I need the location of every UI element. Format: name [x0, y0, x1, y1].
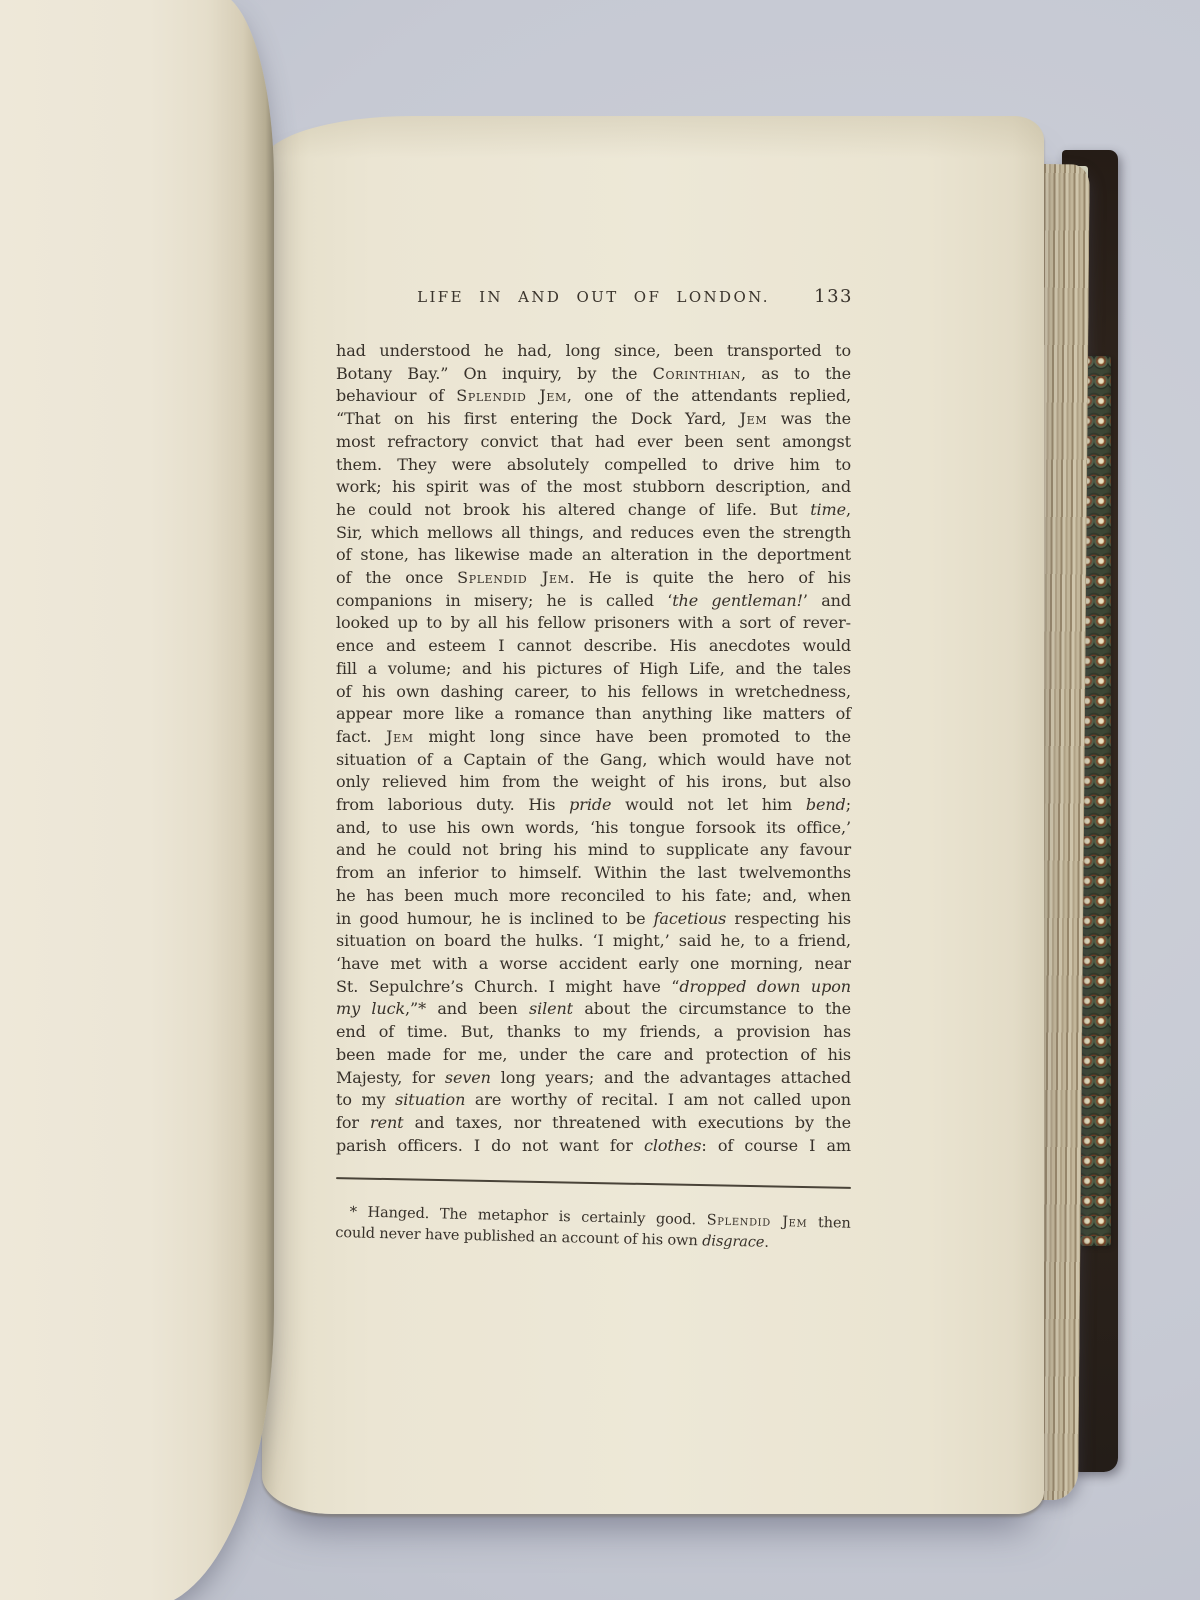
text-line: Sir, which mellows all things, and reduc…	[336, 522, 851, 545]
text-line: Botany Bay.” On inquiry, by the Corinthi…	[336, 363, 851, 386]
text-line: and, to use his own words, ‘his tongue f…	[336, 817, 851, 840]
book-photo: LIFE IN AND OUT OF LONDON. 133 had under…	[0, 0, 1200, 1600]
text-line: fill a volume; and his pictures of High …	[336, 658, 851, 681]
page-header-row: LIFE IN AND OUT OF LONDON. 133	[336, 288, 851, 316]
text-line: he has been much more reconciled to his …	[336, 885, 851, 908]
text-line: parish officers. I do not want for cloth…	[336, 1135, 851, 1158]
text-line: of his own dashing career, to his fellow…	[336, 681, 851, 704]
text-line: from laborious duty. His pride would not…	[336, 794, 851, 817]
text-line: situation of a Captain of the Gang, whic…	[336, 749, 851, 772]
running-header: LIFE IN AND OUT OF LONDON.	[336, 288, 851, 306]
text-line: appear more like a romance than anything…	[336, 703, 851, 726]
text-line: he could not brook his altered change of…	[336, 499, 851, 522]
text-line: of stone, has likewise made an alteratio…	[336, 544, 851, 567]
text-line: in good humour, he is inclined to be fac…	[336, 908, 851, 931]
text-line: for rent and taxes, nor threatened with …	[336, 1112, 851, 1135]
text-line: Majesty, for seven long years; and the a…	[336, 1067, 851, 1090]
text-line: fact. Jem might long since have been pro…	[336, 726, 851, 749]
text-line: been made for me, under the care and pro…	[336, 1044, 851, 1067]
text-line: to my situation are worthy of recital. I…	[336, 1089, 851, 1112]
text-line: work; his spirit was of the most stubbor…	[336, 476, 851, 499]
page-number: 133	[814, 286, 853, 307]
text-line: most refractory convict that had ever be…	[336, 431, 851, 454]
text-line: had understood he had, long since, been …	[336, 340, 851, 363]
text-line: St. Sepulchre’s Church. I might have “dr…	[336, 976, 851, 999]
text-line: behaviour of Splendid Jem, one of the at…	[336, 385, 851, 408]
text-line: situation on board the hulks. ‘I might,’…	[336, 930, 851, 953]
printed-text-area: LIFE IN AND OUT OF LONDON. 133 had under…	[336, 288, 851, 1157]
text-line: and he could not bring his mind to suppl…	[336, 839, 851, 862]
text-line: companions in misery; he is called ‘the …	[336, 590, 851, 613]
text-line: from an inferior to himself. Within the …	[336, 862, 851, 885]
text-line: my luck,”* and been silent about the cir…	[336, 998, 851, 1021]
text-line: them. They were absolutely compelled to …	[336, 454, 851, 477]
text-line: only relieved him from the weight of his…	[336, 771, 851, 794]
left-blank-page	[0, 0, 274, 1600]
text-line: ence and esteem I cannot describe. His a…	[336, 635, 851, 658]
text-line: “That on his first entering the Dock Yar…	[336, 408, 851, 431]
body-text: had understood he had, long since, been …	[336, 340, 851, 1157]
text-line: ‘have met with a worse accident early on…	[336, 953, 851, 976]
text-line: end of time. But, thanks to my friends, …	[336, 1021, 851, 1044]
text-line: of the once Splendid Jem. He is quite th…	[336, 567, 851, 590]
text-line: looked up to by all his fellow prisoners…	[336, 612, 851, 635]
